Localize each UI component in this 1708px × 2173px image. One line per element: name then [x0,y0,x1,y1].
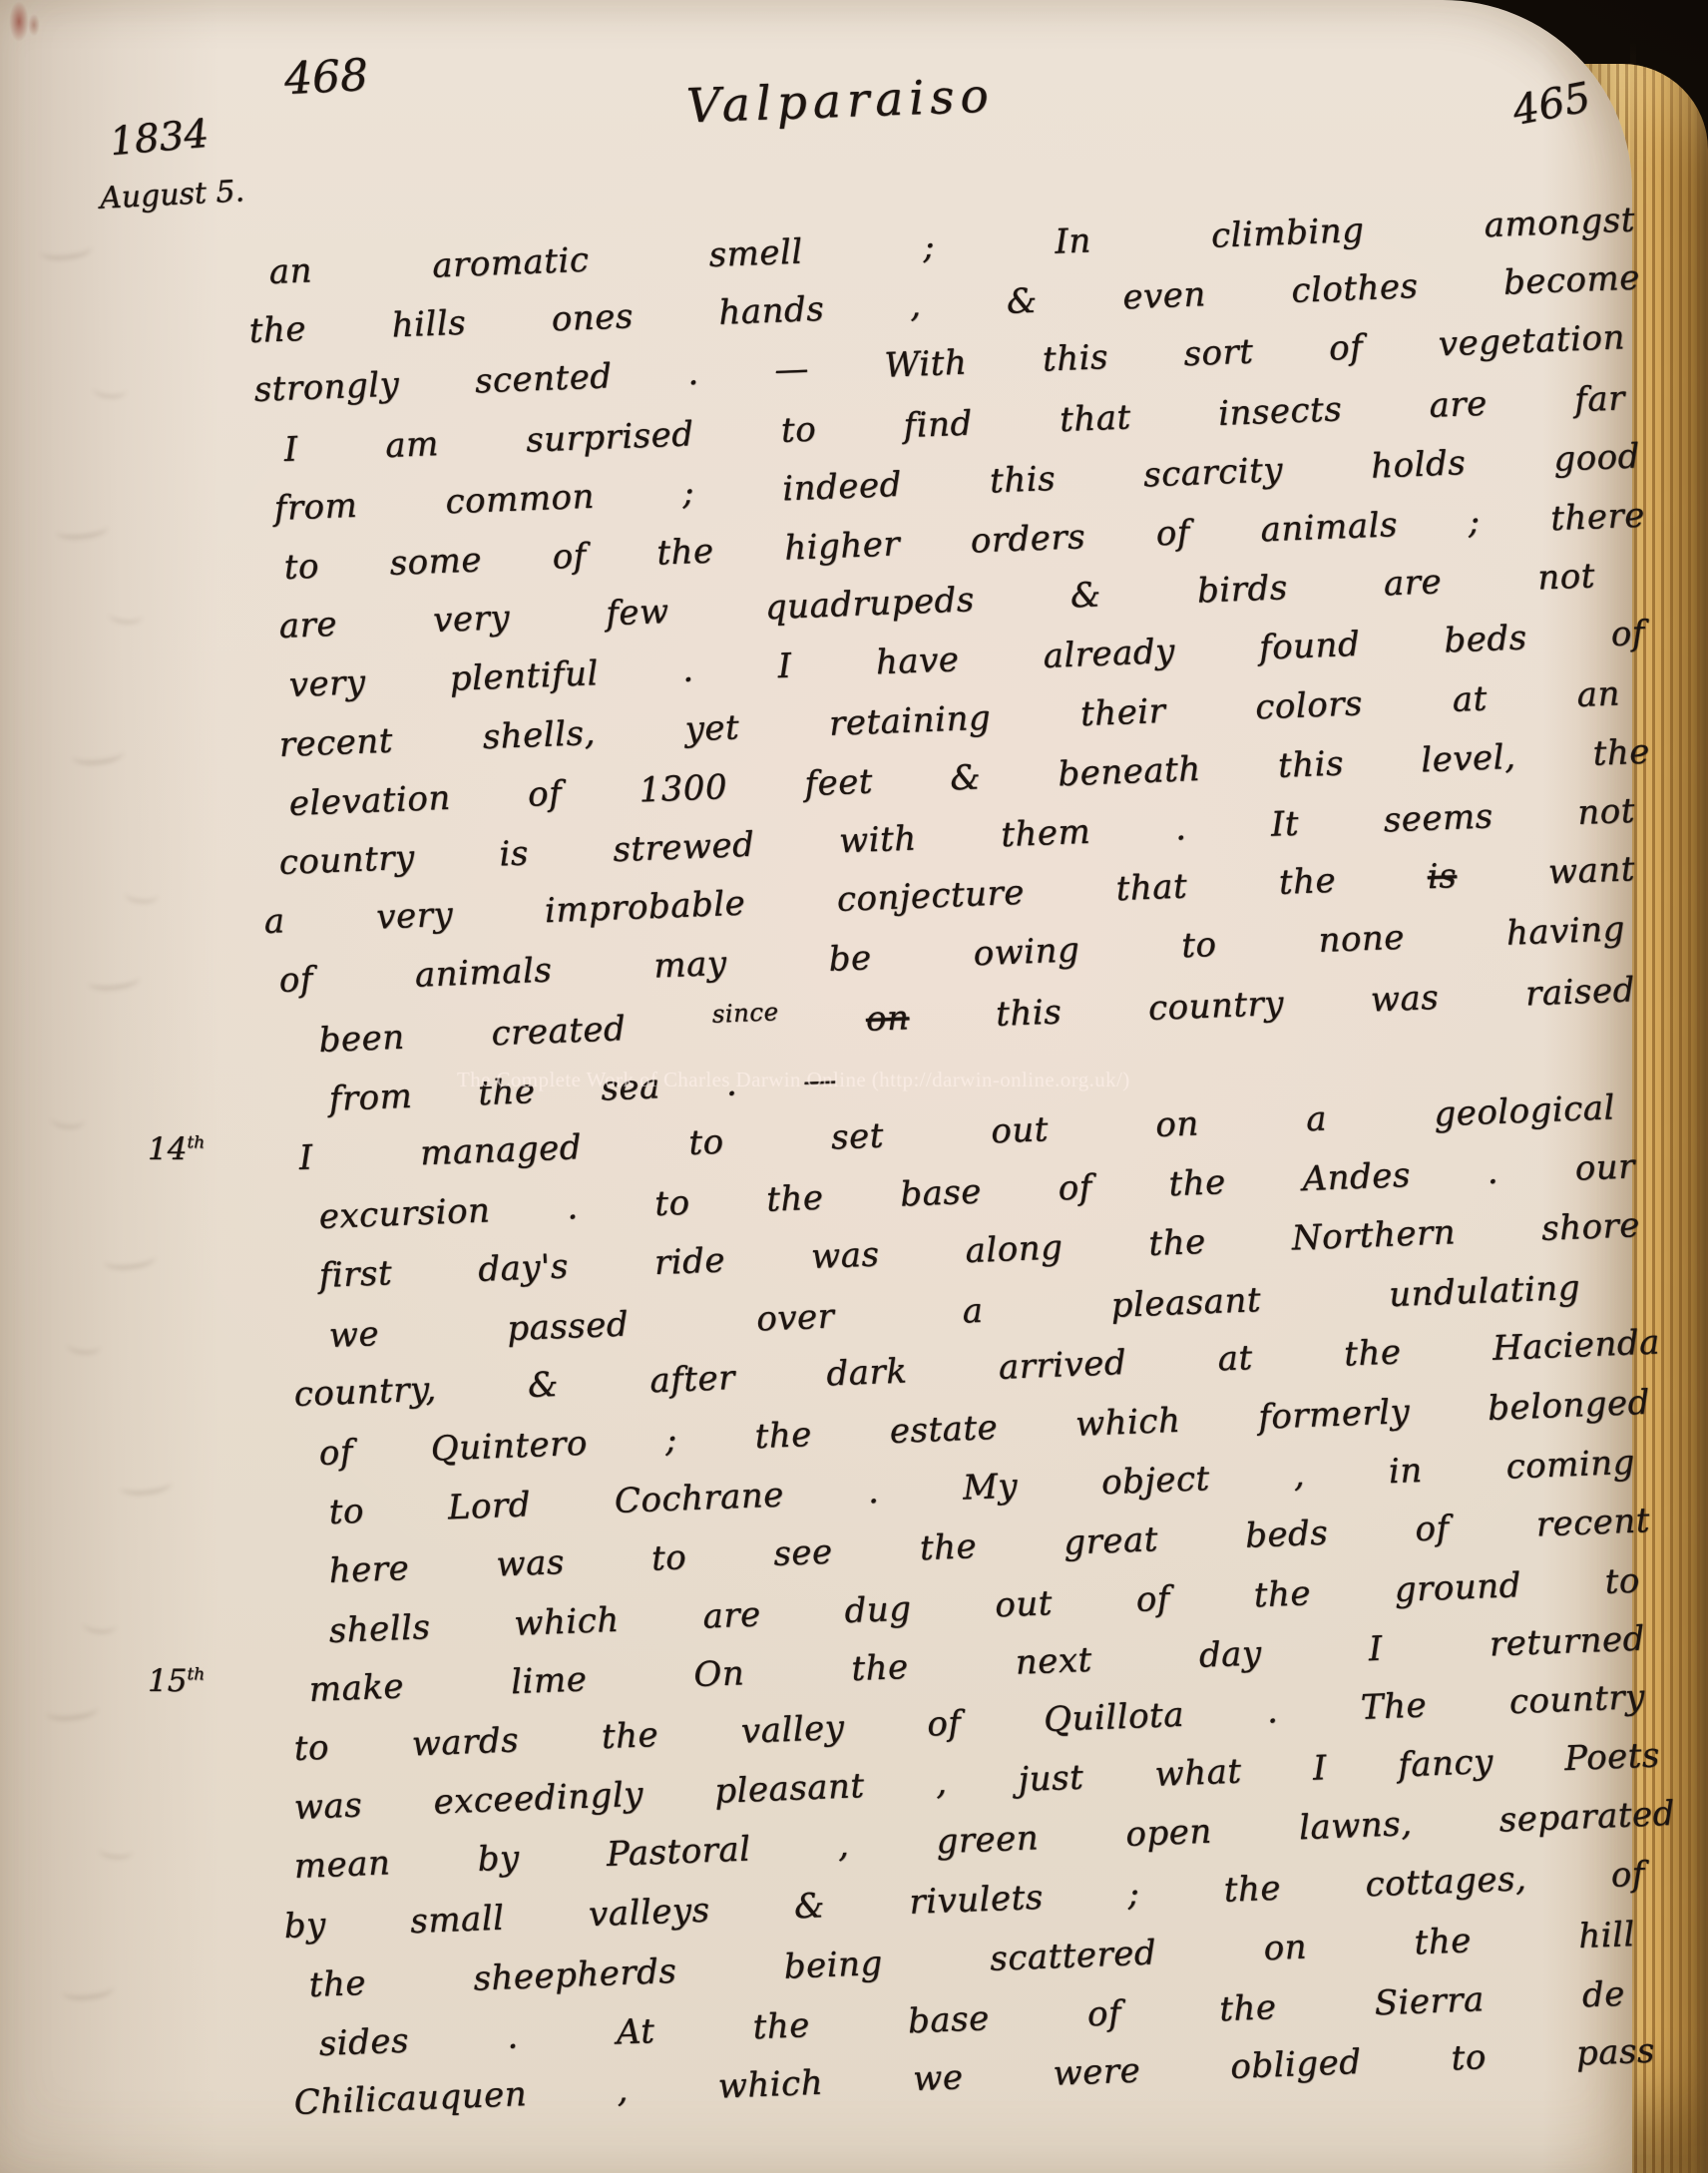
watermark: The Complete Work of Charles Darwin Onli… [457,1068,1130,1092]
manuscript-page: 468 Valparaiso 465 1834 August 5. an aro… [0,0,1632,2173]
book-photo: 468 Valparaiso 465 1834 August 5. an aro… [0,0,1708,2173]
margin-day-note: 14th [148,1131,205,1167]
margin-day-note: 15th [148,1663,205,1699]
